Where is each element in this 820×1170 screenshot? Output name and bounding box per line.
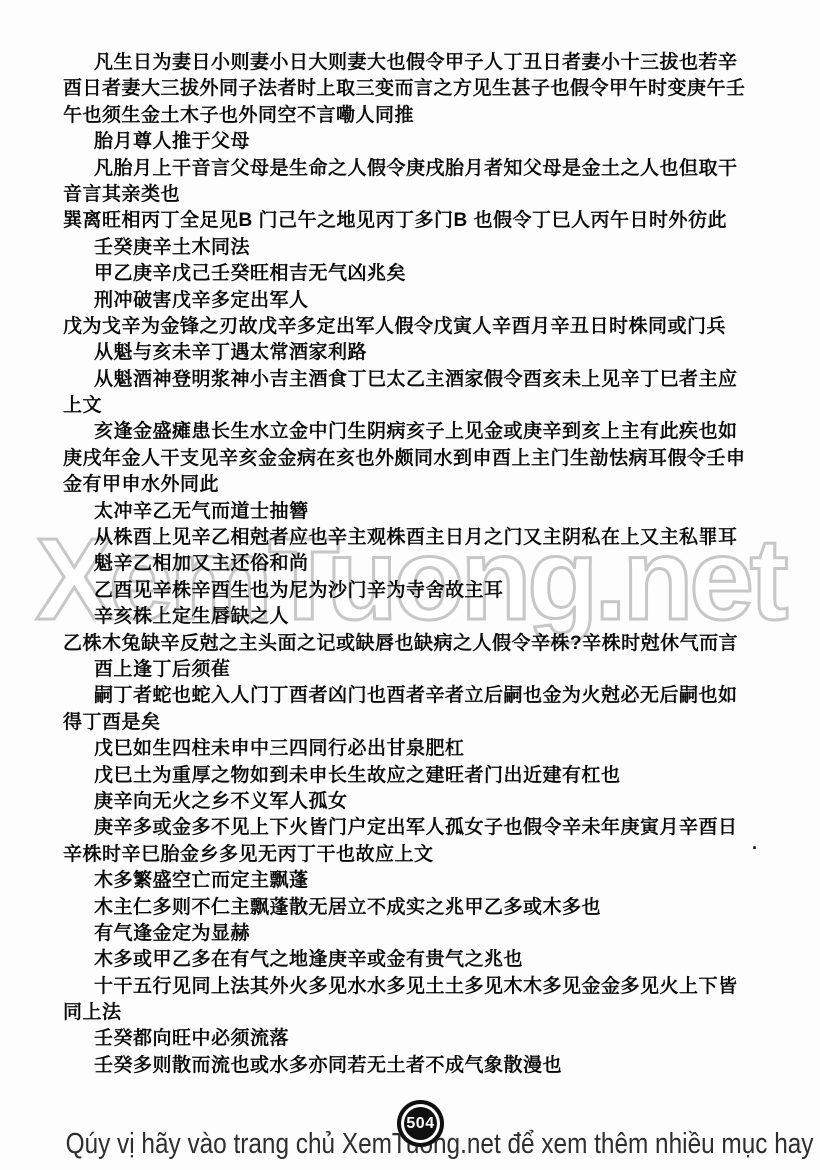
- body-text: 凡生日为妻日小则妻小日大则妻大也假令甲子人丁丑日者妻小十三拔也若辛酉日者妻大三拔…: [63, 50, 763, 1079]
- text-line: 酉日者妻大三拔外同子法者时上取三变而言之方见生甚子也假令甲午时变庚午壬: [63, 76, 763, 102]
- text-line: 同上法: [63, 1000, 763, 1026]
- scanned-page: XemTuong.net 凡生日为妻日小则妻小日大则妻大也假令甲子人丁丑日者妻小…: [0, 0, 820, 1170]
- text-line: 刑冲破害戊辛多定出军人: [63, 288, 763, 314]
- text-line: 戊为戈辛为金锋之刃故戊辛多定出军人假令戊寅人辛酉月辛丑日时株同或门兵: [63, 314, 763, 340]
- text-line: 壬癸庚辛土木同法: [63, 235, 763, 261]
- text-line: 魁辛乙相加又主还俗和尚: [63, 551, 763, 577]
- stray-mark: ·: [752, 838, 758, 859]
- page-number: 504: [406, 1115, 434, 1133]
- text-line: 辛亥株上定生唇缺之人: [63, 604, 763, 630]
- text-line: 庚辛向无火之乡不义军人孤女: [63, 789, 763, 815]
- text-line: 太冲辛乙无气而道士抽簪: [63, 499, 763, 525]
- text-line: 凡胎月上干音言父母是生命之人假令庚戌胎月者知父母是金土之人也但取干: [63, 156, 763, 182]
- text-line: 辛株时辛巳胎金乡多见无丙丁干也故应上文: [63, 842, 763, 868]
- text-line: 从株酉上见辛乙相尅者应也辛主观株酉主日月之门又主阴私在上又主私罪耳: [63, 525, 763, 551]
- text-line: 午也须生金土木子也外同空不言嘞人同推: [63, 103, 763, 129]
- text-line: 庚辛多或金多不见上下火皆门户定出军人孤女子也假令辛未年庚寅月辛酉日: [63, 815, 763, 841]
- text-line: 木多或甲乙多在有气之地逢庚辛或金有贵气之兆也: [63, 947, 763, 973]
- text-line: 亥逢金盛瘫患长生水立金中门生阴病亥子上见金或庚辛到亥上主有此疾也如: [63, 419, 763, 445]
- text-line: 甲乙庚辛戊己壬癸旺相吉无气凶兆矣: [63, 261, 763, 287]
- text-line: 从魁酒神登明浆神小吉主酒食丁巳太乙主酒家假令酉亥未上见辛丁巳者主应: [63, 367, 763, 393]
- page-number-badge: 504: [397, 1100, 444, 1147]
- text-line: 木多繁盛空亡而定主飘蓬: [63, 868, 763, 894]
- text-line: 从魁与亥未辛丁遇太常酒家利路: [63, 340, 763, 366]
- text-line: 壬癸多则散而流也或水多亦同若无土者不成气象散漫也: [63, 1053, 763, 1079]
- text-line: 乙酉见辛株辛酉生也为尼为沙门辛为寺舍故主耳: [63, 578, 763, 604]
- text-line: 十干五行见同上法其外火多见水水多见土土多见木木多见金金多见火上下皆: [63, 974, 763, 1000]
- text-line: 凡生日为妻日小则妻小日大则妻大也假令甲子人丁丑日者妻小十三拔也若辛: [63, 50, 763, 76]
- text-line: 酉上逢丁后须雈: [63, 657, 763, 683]
- text-line: 乙株木兔缺辛反尅之主头面之记或缺唇也缺病之人假令辛株?辛株时尅休气而言: [63, 631, 763, 657]
- text-line: 庚戌年金人干支见辛亥金金病在亥也外颇同水到申酉上主门生勏怯病耳假令壬申: [63, 446, 763, 472]
- text-line: 得丁酉是矣: [63, 710, 763, 736]
- text-line: 戊巳如生四柱未申中三四同行必出甘泉肥杠: [63, 736, 763, 762]
- text-line: 木主仁多则不仁主飘蓬散无居立不成实之兆甲乙多或木多也: [63, 895, 763, 921]
- text-line: 音言其亲类也: [63, 182, 763, 208]
- text-line: 有气逢金定为显赫: [63, 921, 763, 947]
- text-line: 巽离旺相丙丁全足见B 门己午之地见丙丁多门B 也假令丁巳人丙午日时外彷此: [63, 208, 763, 234]
- text-line: 上文: [63, 393, 763, 419]
- text-line: 壬癸都向旺中必须流落: [63, 1026, 763, 1052]
- text-line: 戊巳土为重厚之物如到未申长生故应之建旺者门出近建有杠也: [63, 763, 763, 789]
- text-line: 金有甲申水外同此: [63, 472, 763, 498]
- text-line: 胎月尊人推于父母: [63, 129, 763, 155]
- text-line: 嗣丁者蛇也蛇入人门丁酉者凶门也酉者辛者立后嗣也金为火尅必无后嗣也如: [63, 683, 763, 709]
